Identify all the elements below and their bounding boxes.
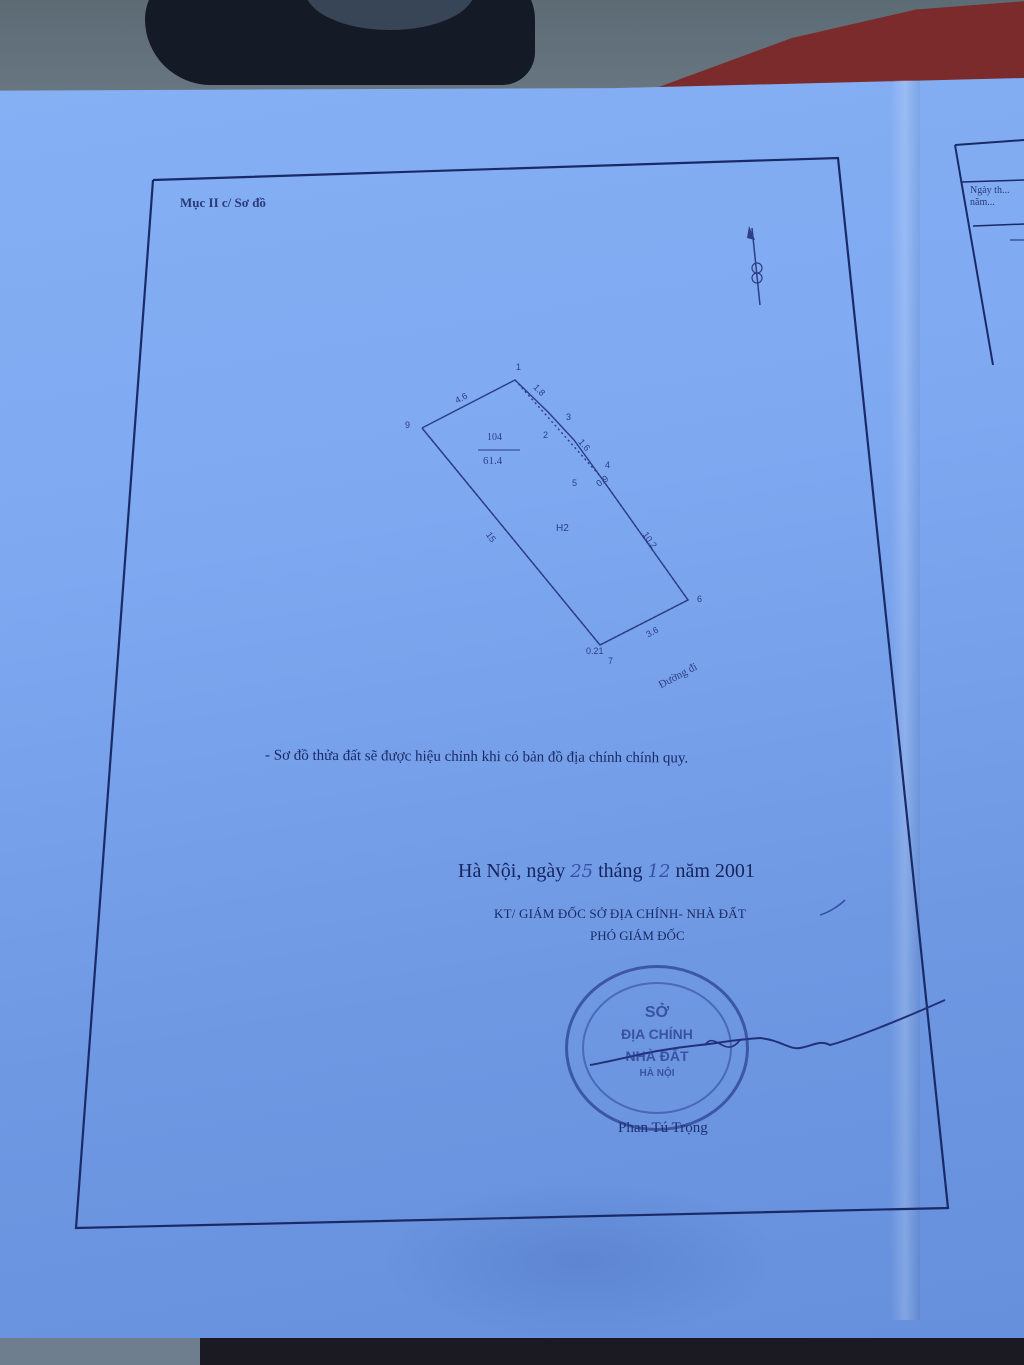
edge-label: 0.21 (586, 646, 604, 656)
signer-name: Phan Tú Trọng (618, 1120, 708, 1137)
vertex-label: 7 (608, 656, 613, 666)
vertex-label: 6 (697, 594, 702, 604)
date-line: Hà Nội, ngày 25 tháng 12 năm 2001 (458, 860, 755, 883)
stamp-line: ĐỊA CHÍNH (568, 1026, 746, 1042)
date-month-label: tháng (598, 860, 642, 882)
building-label: H2 (556, 523, 569, 534)
stamp-line: HÀ NỘI (568, 1068, 746, 1079)
date-year: 2001 (715, 860, 755, 882)
section-label: Mục II c/ Sơ đồ (180, 195, 266, 211)
date-prefix: Hà Nội, ngày (458, 860, 565, 882)
date-day: 25 (570, 861, 593, 882)
vertex-label: 2 (543, 430, 548, 440)
authority-title: KT/ GIÁM ĐỐC SỞ ĐỊA CHÍNH- NHÀ ĐẤT (494, 906, 746, 922)
stamp-line: SỞ (568, 1004, 746, 1022)
stamp-line: NHÀ ĐẤT (568, 1048, 746, 1064)
side-sheet-header: Ngày th... năm... (970, 185, 1024, 209)
parcel-plot (422, 380, 688, 645)
authority-subtitle: PHÓ GIÁM ĐỐC (590, 928, 685, 944)
north-arrow-icon (747, 226, 762, 305)
document-border (76, 158, 948, 1228)
side-sheet-border (955, 140, 1024, 145)
official-stamp: SỞ ĐỊA CHÍNH NHÀ ĐẤT HÀ NỘI (565, 965, 749, 1131)
parcel-number: 104 (487, 432, 502, 443)
vertex-label: 9 (405, 420, 410, 430)
plot-note: - Sơ đồ thửa đất sẽ được hiệu chỉnh khi … (265, 748, 688, 768)
vertex-label: 3 (566, 412, 571, 422)
vertex-label: 5 (572, 478, 577, 488)
vertex-label: 1 (516, 362, 521, 372)
vertex-label: 4 (605, 460, 610, 470)
date-month: 12 (648, 861, 671, 882)
parcel-area: 61.4 (483, 455, 502, 467)
date-year-label: năm (675, 860, 709, 882)
document-drawing (0, 0, 1024, 1365)
